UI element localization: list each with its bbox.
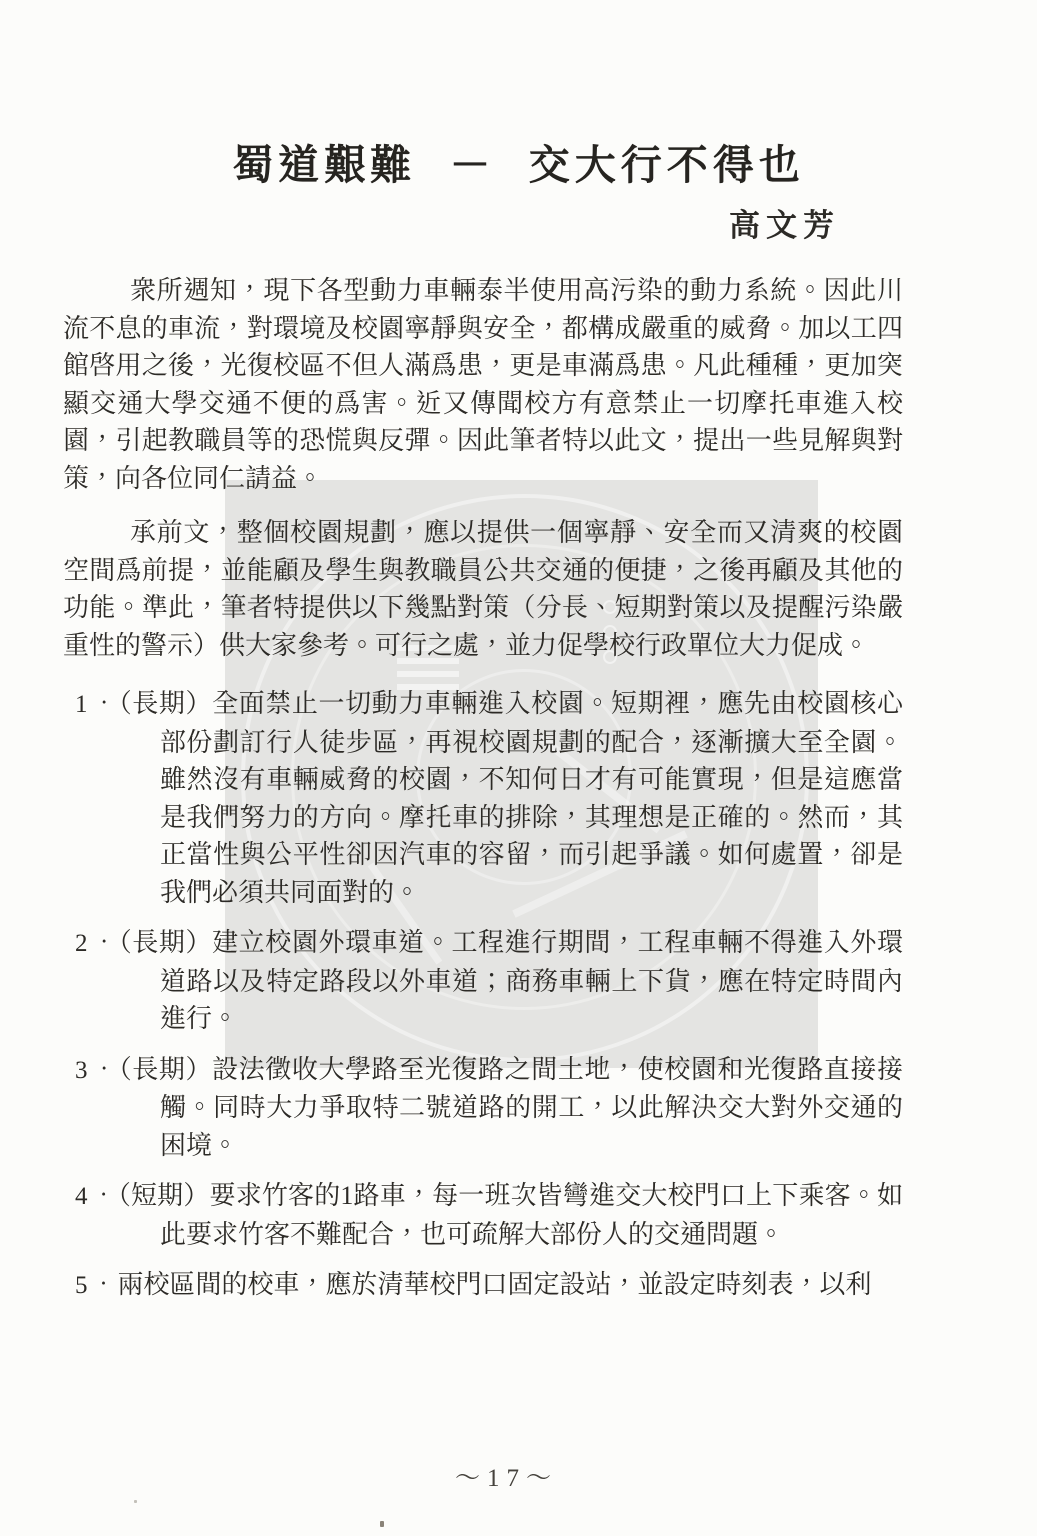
- article-title: 蜀道艱難 － 交大行不得也: [0, 0, 1037, 194]
- paragraph: 衆所週知，現下各型動力車輛泰半使用高污染的動力系統。因此川流不息的車流，對環境及…: [63, 272, 903, 497]
- list-item-number: 2: [75, 930, 90, 957]
- article-content: 蜀道艱難 － 交大行不得也 高文芳 衆所週知，現下各型動力車輛泰半使用高污染的動…: [0, 0, 1037, 1305]
- list-item-marker-dot: ．: [90, 1055, 119, 1084]
- list-item: 3．（長期）設法徵收大學路至光復路之間土地，使校園和光復路直接接觸。同時大力爭取…: [63, 1051, 903, 1165]
- list-item-number: 3: [75, 1057, 90, 1084]
- list-item-text: 兩校區間的校車，應於清華校門口固定設站，並設定時刻表，以利: [118, 1270, 872, 1299]
- list-item-marker-dot: ．: [90, 1181, 118, 1210]
- list-item: 1．（長期）全面禁止一切動力車輛進入校園。短期裡，應先由校園核心部份劃訂行人徒步…: [63, 685, 903, 911]
- list-item-text: （短期）要求竹客的1路車，每一班次皆彎進交大校門口上下乘客。如此要求竹客不難配合…: [118, 1181, 903, 1249]
- scanned-page: 蜀道艱難 － 交大行不得也 高文芳 衆所週知，現下各型動力車輛泰半使用高污染的動…: [0, 0, 1037, 1536]
- scan-speck: [134, 1500, 137, 1503]
- list-item: 2．（長期）建立校園外環車道。工程進行期間，工程車輛不得進入外環道路以及特定路段…: [63, 924, 903, 1038]
- paragraph: 承前文，整個校園規劃，應以提供一個寧靜、安全而又清爽的校園空間爲前提，並能顧及學…: [63, 514, 903, 664]
- list-item-marker-dot: ．: [90, 689, 119, 718]
- list-item: 5．兩校區間的校車，應於清華校門口固定設站，並設定時刻表，以利: [63, 1266, 903, 1305]
- list-item-text: （長期）全面禁止一切動力車輛進入校園。短期裡，應先由校園核心部份劃訂行人徒步區，…: [119, 689, 903, 907]
- scan-speck: [380, 1521, 384, 1527]
- article-author: 高文芳: [0, 206, 840, 246]
- list-item-marker-dot: ．: [90, 1270, 118, 1299]
- list-item-number: 4: [75, 1183, 90, 1210]
- list-item-number: 5: [75, 1272, 90, 1299]
- page-number: ～17～: [0, 1458, 1013, 1494]
- list-item: 4．（短期）要求竹客的1路車，每一班次皆彎進交大校門口上下乘客。如此要求竹客不難…: [63, 1177, 903, 1253]
- list-item-marker-dot: ．: [90, 928, 119, 957]
- list-item-number: 1: [75, 691, 90, 718]
- article-body: 衆所週知，現下各型動力車輛泰半使用高污染的動力系統。因此川流不息的車流，對環境及…: [63, 272, 903, 1305]
- paragraph-group: 衆所週知，現下各型動力車輛泰半使用高污染的動力系統。因此川流不息的車流，對環境及…: [63, 272, 903, 664]
- numbered-list: 1．（長期）全面禁止一切動力車輛進入校園。短期裡，應先由校園核心部份劃訂行人徒步…: [63, 685, 903, 1305]
- list-item-text: （長期）建立校園外環車道。工程進行期間，工程車輛不得進入外環道路以及特定路段以外…: [119, 928, 903, 1033]
- list-item-text: （長期）設法徵收大學路至光復路之間土地，使校園和光復路直接接觸。同時大力爭取特二…: [119, 1055, 903, 1160]
